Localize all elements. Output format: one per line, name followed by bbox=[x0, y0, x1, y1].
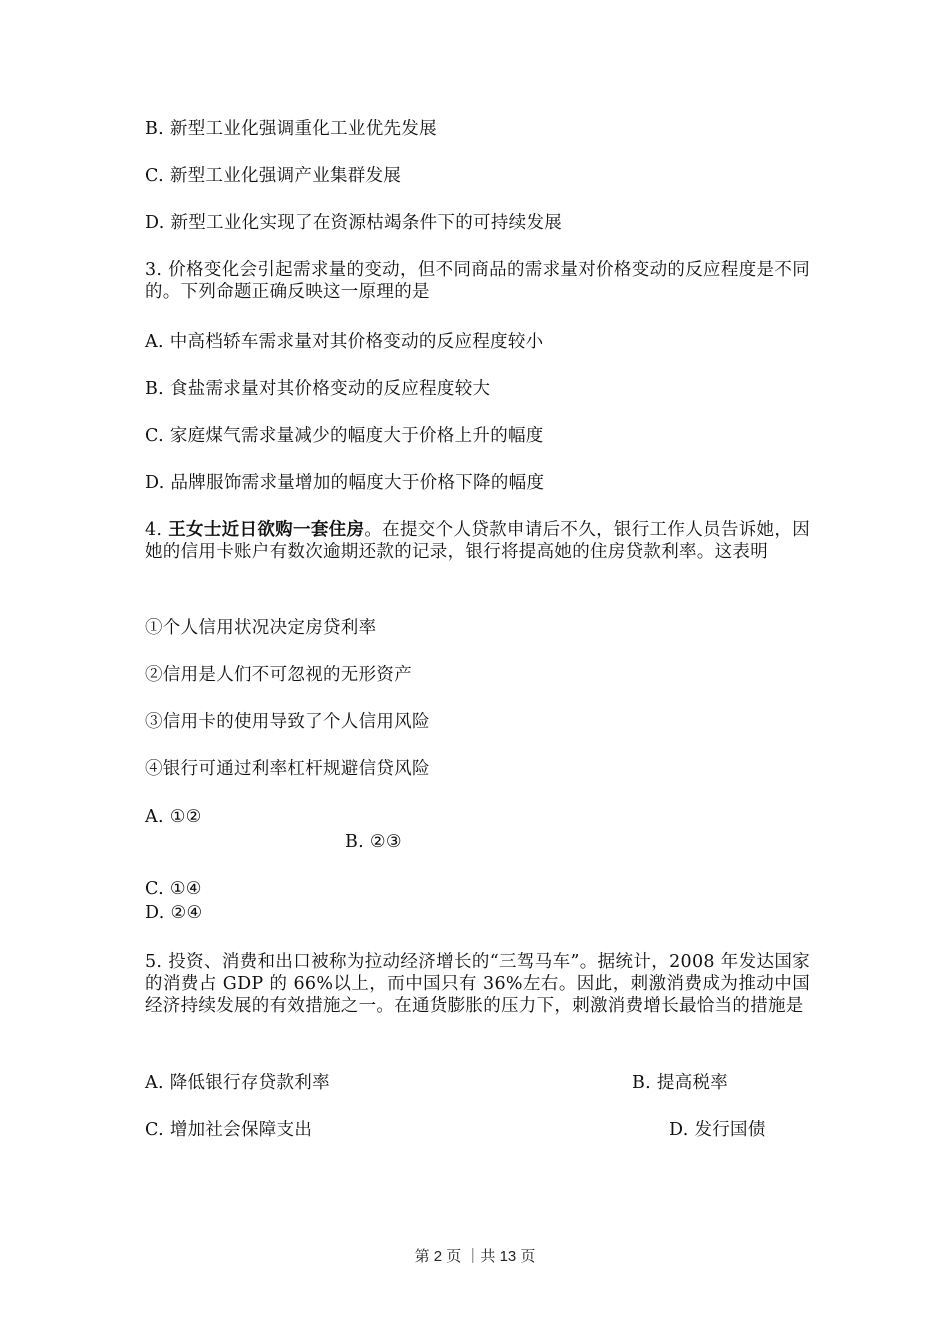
q4-option-d: D. ②④ bbox=[145, 902, 202, 924]
q4-statement-4: ④银行可通过利率杠杆规避信贷风险 bbox=[145, 758, 430, 780]
option-label: A. bbox=[145, 807, 164, 827]
option-text: ②③ bbox=[370, 832, 402, 852]
option-label: C. bbox=[145, 879, 164, 899]
page-footer: 第 2 页 ｜共 13 页 bbox=[0, 1245, 950, 1266]
option-text: 中高档轿车需求量对其价格变动的反应程度较小 bbox=[170, 332, 544, 352]
q4-statement-2: ②信用是人们不可忽视的无形资产 bbox=[145, 664, 412, 686]
option-label: B. bbox=[145, 119, 164, 139]
option-label: C. bbox=[145, 166, 164, 186]
question-text: 投资、消费和出口被称为拉动经济增长的“三驾马车”。据统计，2008 年发达国家的… bbox=[145, 952, 810, 1016]
q5-stem: 5. 投资、消费和出口被称为拉动经济增长的“三驾马车”。据统计，2008 年发达… bbox=[145, 951, 810, 1017]
question-text: 价格变化会引起需求量的变动，但不同商品的需求量对价格变动的反应程度是不同的。下列… bbox=[145, 260, 810, 302]
option-text: ①④ bbox=[170, 879, 202, 899]
option-label: D. bbox=[145, 473, 165, 493]
question-number: 5. bbox=[145, 952, 162, 972]
document-page: B. 新型工业化强调重化工业优先发展 C. 新型工业化强调产业集群发展 D. 新… bbox=[0, 0, 950, 1344]
option-text: 食盐需求量对其价格变动的反应程度较大 bbox=[170, 379, 490, 399]
q4-statement-1: ①个人信用状况决定房贷利率 bbox=[145, 617, 376, 639]
option-text: 品牌服饰需求量增加的幅度大于价格下降的幅度 bbox=[170, 473, 544, 493]
option-text: 新型工业化强调重化工业优先发展 bbox=[170, 119, 437, 139]
option-text: 发行国债 bbox=[694, 1120, 765, 1140]
option-label: A. bbox=[145, 1073, 164, 1093]
q4-option-a: A. ①② bbox=[145, 806, 202, 828]
option-text: 家庭煤气需求量减少的幅度大于价格上升的幅度 bbox=[170, 426, 544, 446]
option-text: 新型工业化实现了在资源枯竭条件下的可持续发展 bbox=[170, 213, 562, 233]
option-text: 降低银行存贷款利率 bbox=[170, 1073, 330, 1093]
option-label: D. bbox=[145, 213, 165, 233]
q5-option-c: C. 增加社会保障支出 bbox=[145, 1119, 312, 1141]
option-label: B. bbox=[345, 832, 364, 852]
option-text: ①② bbox=[170, 807, 202, 827]
option-text: ②④ bbox=[170, 903, 202, 923]
q3-option-d: D. 品牌服饰需求量增加的幅度大于价格下降的幅度 bbox=[145, 472, 544, 494]
question-number: 4. bbox=[145, 520, 162, 540]
option-text: 提高税率 bbox=[657, 1073, 728, 1093]
q4-stem: 4. 王女士近日欲购一套住房。在提交个人贷款申请后不久，银行工作人员告诉她，因她… bbox=[145, 519, 810, 563]
option-text: 新型工业化强调产业集群发展 bbox=[170, 166, 401, 186]
q2-option-b: B. 新型工业化强调重化工业优先发展 bbox=[145, 118, 437, 140]
q2-option-c: C. 新型工业化强调产业集群发展 bbox=[145, 165, 401, 187]
option-label: D. bbox=[669, 1120, 689, 1140]
question-number: 3. bbox=[145, 260, 162, 280]
q5-option-d: D. 发行国债 bbox=[669, 1119, 766, 1141]
q2-option-d: D. 新型工业化实现了在资源枯竭条件下的可持续发展 bbox=[145, 212, 562, 234]
option-label: C. bbox=[145, 1120, 164, 1140]
option-label: B. bbox=[145, 379, 164, 399]
option-text: 增加社会保障支出 bbox=[170, 1120, 312, 1140]
q3-stem: 3. 价格变化会引起需求量的变动，但不同商品的需求量对价格变动的反应程度是不同的… bbox=[145, 259, 810, 303]
q3-option-a: A. 中高档轿车需求量对其价格变动的反应程度较小 bbox=[145, 331, 544, 353]
option-label: B. bbox=[632, 1073, 651, 1093]
option-label: C. bbox=[145, 426, 164, 446]
q4-option-b: B. ②③ bbox=[345, 831, 402, 853]
q4-statement-3: ③信用卡的使用导致了个人信用风险 bbox=[145, 711, 430, 733]
q3-option-c: C. 家庭煤气需求量减少的幅度大于价格上升的幅度 bbox=[145, 425, 544, 447]
question-text-bold: 王女士近日欲购一套住房 bbox=[168, 520, 364, 540]
q5-option-b: B. 提高税率 bbox=[632, 1072, 728, 1094]
q5-option-a: A. 降低银行存贷款利率 bbox=[145, 1072, 330, 1094]
option-label: A. bbox=[145, 332, 164, 352]
q3-option-b: B. 食盐需求量对其价格变动的反应程度较大 bbox=[145, 378, 490, 400]
option-label: D. bbox=[145, 903, 165, 923]
q4-option-c: C. ①④ bbox=[145, 878, 202, 900]
